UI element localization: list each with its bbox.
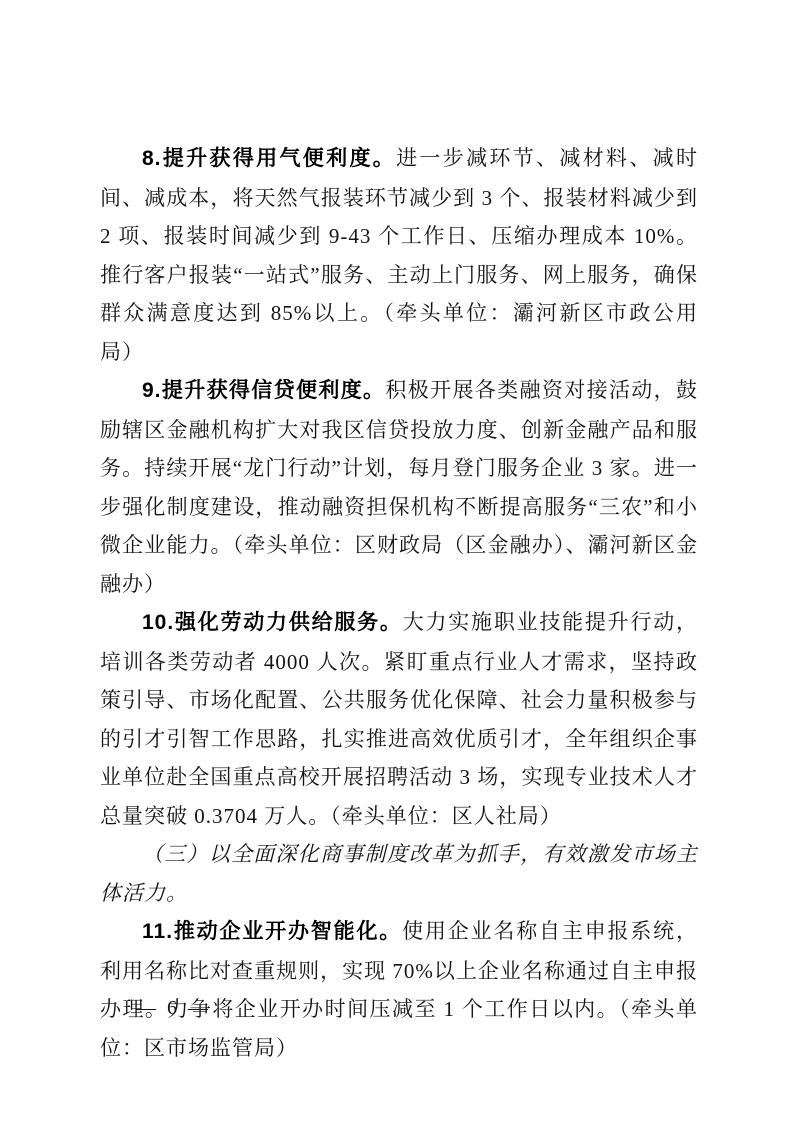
paragraph-item-11: 11.推动企业开办智能化。使用企业名称自主申报系统，利用名称比对查重规则，实现 … [100,912,698,1067]
page-number: — 6 — [136,997,211,1020]
item-8-heading: 8.提升获得用气便利度。 [142,147,396,170]
item-8-body-text: 进一步减环节、减材料、减时间、减成本，将天然气报装环节减少到 3 个、报装材料减… [100,146,698,364]
subsection-heading-3-text: （三）以全面深化商事制度改革为抓手，有效激发市场主体活力。 [100,842,698,905]
paragraph-item-10: 10.强化劳动力供给服务。大力实施职业技能提升行动，培训各类劳动者 4000 人… [100,603,698,835]
item-11-heading: 11.推动企业开办智能化。 [142,920,402,943]
paragraph-item-8: 8.提升获得用气便利度。进一步减环节、减材料、减时间、减成本，将天然气报装环节减… [100,139,698,371]
paragraph-item-9: 9.提升获得信贷便利度。积极开展各类融资对接活动，鼓励辖区金融机构扩大对我区信贷… [100,371,698,603]
document-body: 8.提升获得用气便利度。进一步减环节、减材料、减时间、减成本，将天然气报装环节减… [100,139,698,1067]
item-9-body-text: 积极开展各类融资对接活动，鼓励辖区金融机构扩大对我区信贷投放力度、创新金融产品和… [100,378,698,596]
item-9-heading: 9.提升获得信贷便利度。 [142,379,385,402]
document-page: 8.提升获得用气便利度。进一步减环节、减材料、减时间、减成本，将天然气报装环节减… [0,0,793,1122]
item-10-heading: 10.强化劳动力供给服务。 [142,611,403,634]
item-10-body-text: 大力实施职业技能提升行动，培训各类劳动者 4000 人次。紧盯重点行业人才需求，… [100,610,698,828]
subsection-heading-3: （三）以全面深化商事制度改革为抓手，有效激发市场主体活力。 [100,835,698,912]
